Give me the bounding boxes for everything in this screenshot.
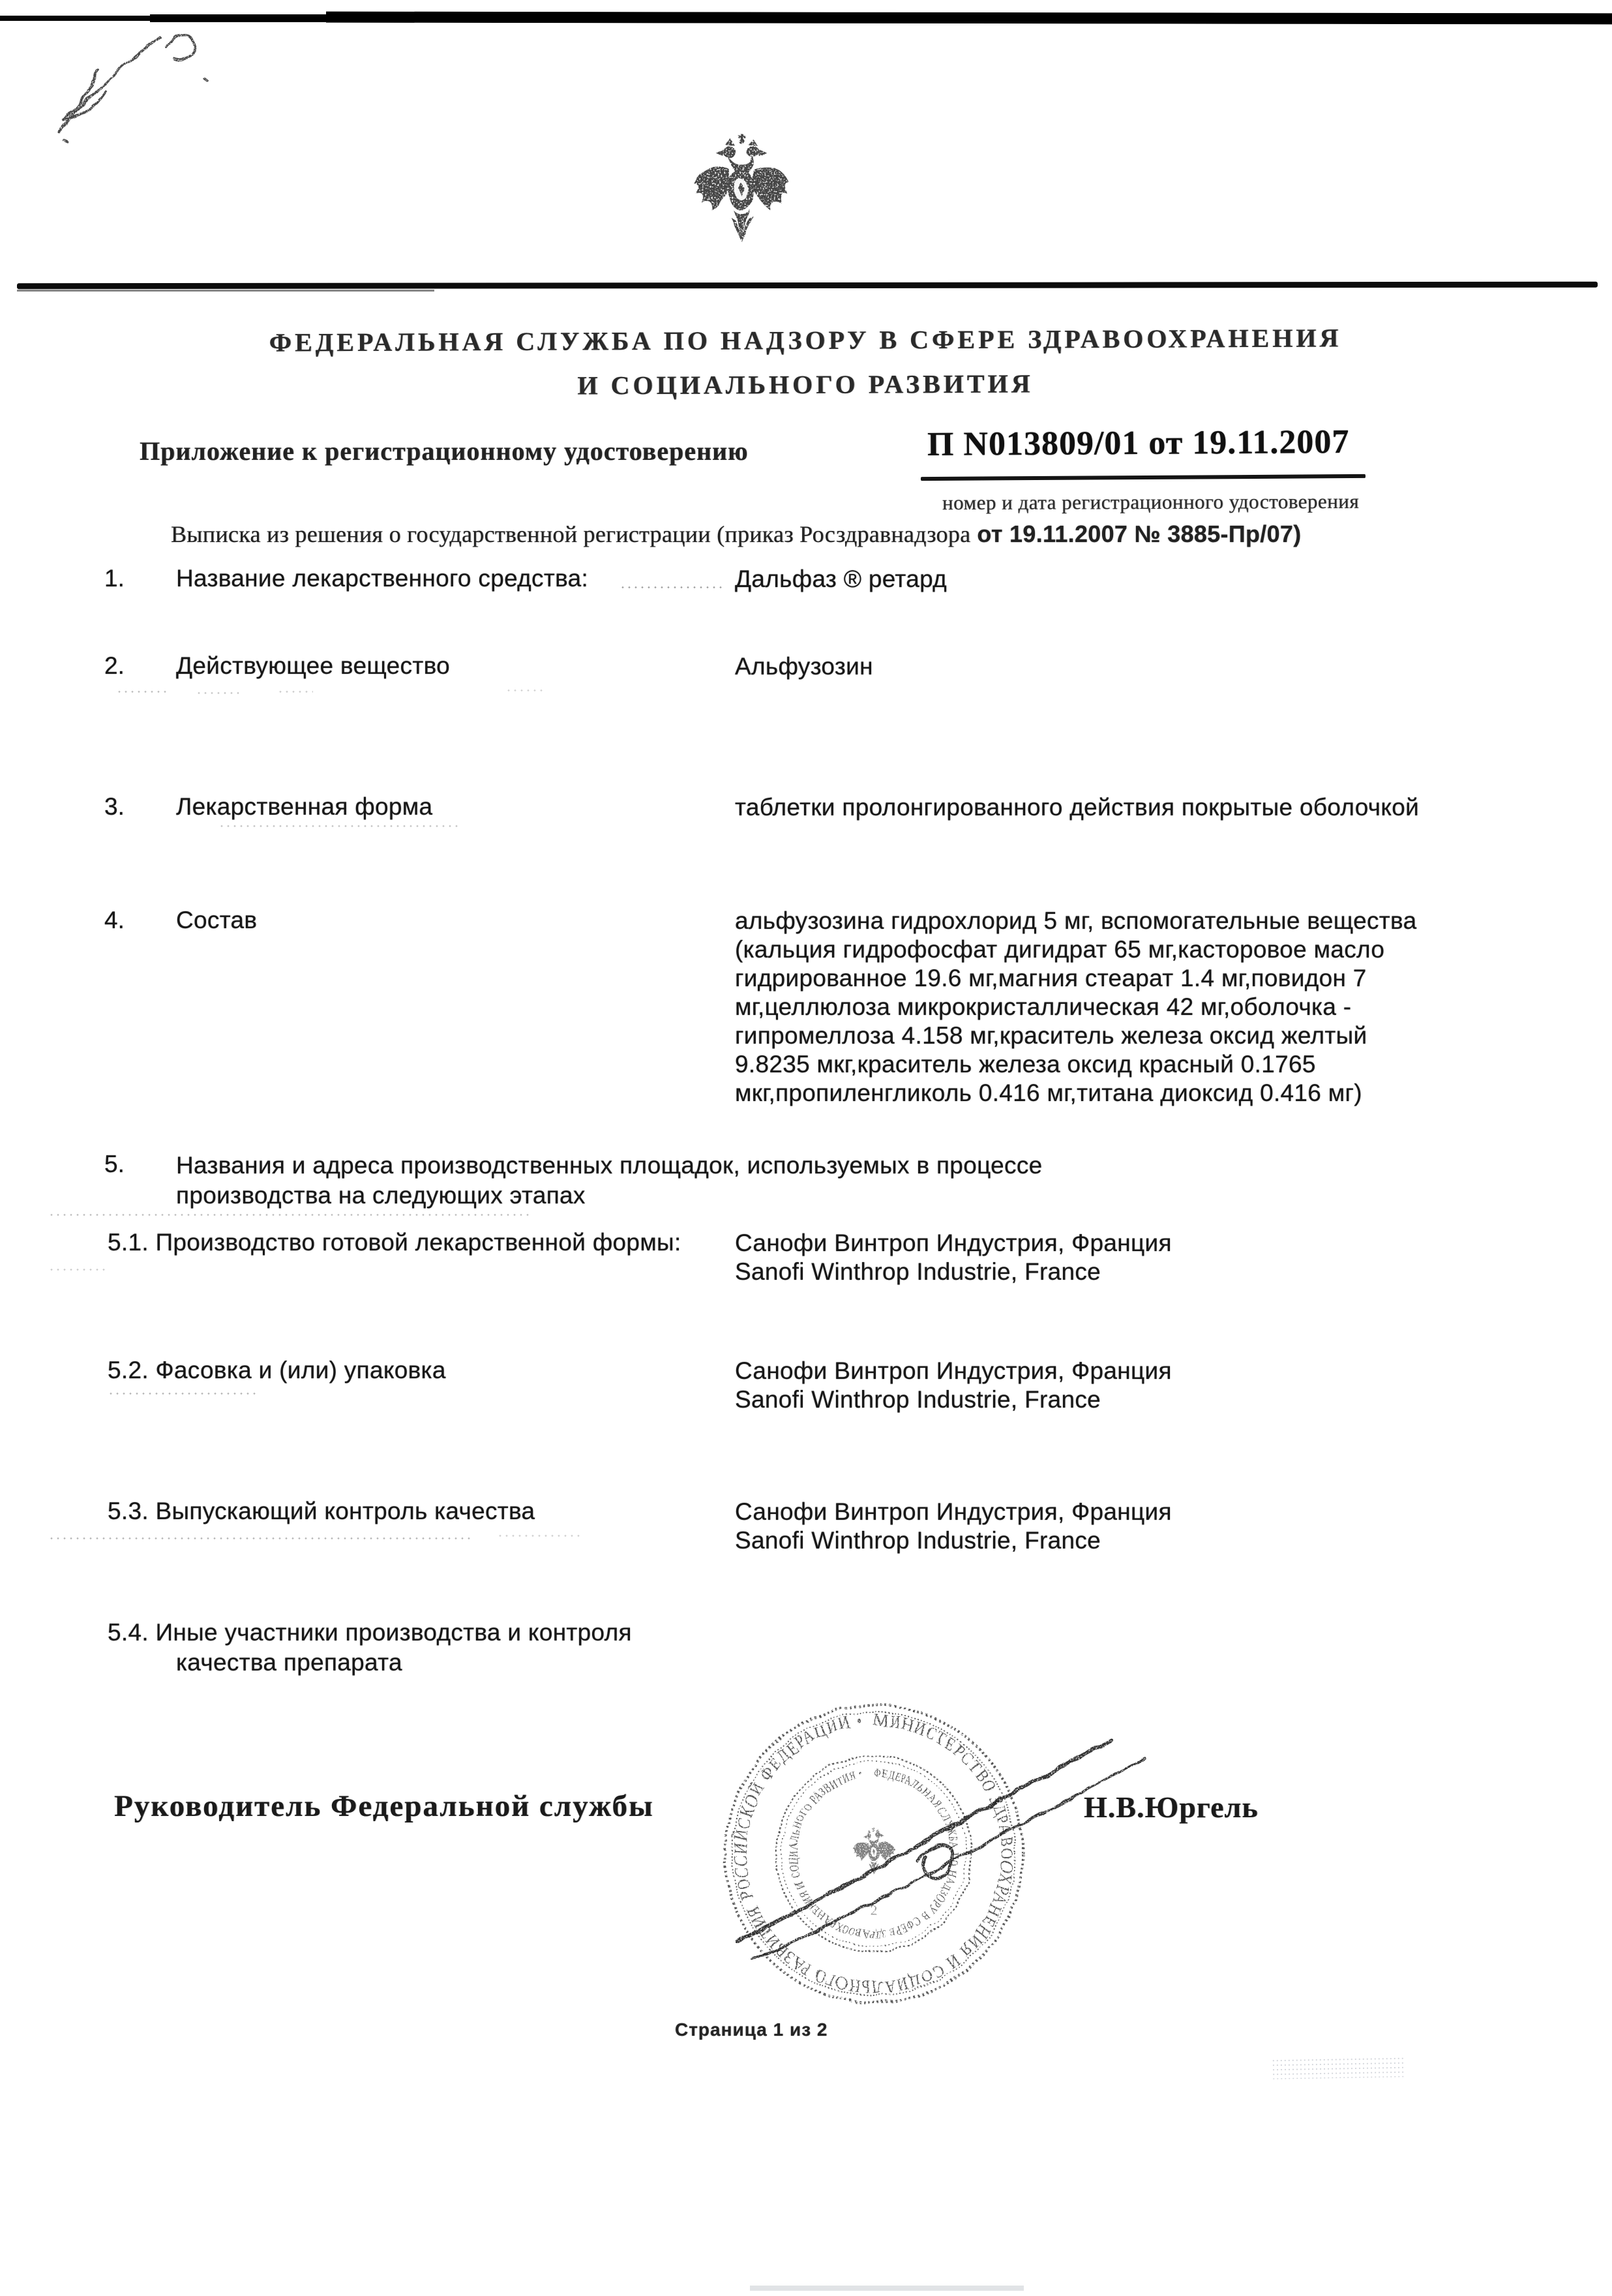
dotted-underline bbox=[48, 1213, 531, 1216]
registration-number-caption: номер и дата регистрационного удостовере… bbox=[942, 490, 1359, 515]
scanned-document-page: ФЕДЕРАЛЬНАЯ СЛУЖБА ПО НАДЗОРУ В СФЕРЕ ЗД… bbox=[0, 0, 1612, 2296]
scan-dash-artifact bbox=[505, 689, 545, 692]
handwritten-scribble bbox=[20, 8, 306, 151]
item-number: 5. bbox=[104, 1151, 125, 1178]
page-number-label: Страница 1 из 2 bbox=[675, 2019, 828, 2040]
agency-name-line1: ФЕДЕРАЛЬНАЯ СЛУЖБА ПО НАДЗОРУ В СФЕРЕ ЗД… bbox=[39, 322, 1572, 359]
item-number: 1. bbox=[104, 565, 125, 592]
dotted-leader bbox=[218, 824, 460, 828]
dotted-underline bbox=[108, 1392, 258, 1395]
signatory-title: Руководитель Федеральной службы bbox=[114, 1789, 654, 1824]
registration-number: П N013809/01 от 19.11.2007 bbox=[927, 423, 1350, 464]
appendix-label: Приложение к регистрационному удостовере… bbox=[140, 436, 749, 466]
dotted-underline bbox=[48, 1537, 472, 1540]
item-label: Лекарственная форма bbox=[176, 793, 432, 821]
item-number: 3. bbox=[104, 793, 125, 821]
scan-dash-artifact bbox=[196, 691, 241, 695]
sub-item-label-line1: 5.4. Иные участники производства и контр… bbox=[108, 1619, 632, 1646]
item-label: Состав bbox=[176, 907, 257, 934]
agency-name-line2: И СОЦИАЛЬНОГО РАЗВИТИЯ bbox=[39, 366, 1572, 403]
sub-item-value: Санофи Винтроп Индустрия, Франция Sanofi… bbox=[735, 1498, 1172, 1555]
scan-bottom-smudge bbox=[750, 2286, 1024, 2291]
item-value: Дальфаз ® ретард bbox=[735, 565, 947, 594]
item-label: Действующее вещество bbox=[176, 652, 450, 680]
item-label: Названия и адреса производственных площа… bbox=[176, 1151, 1043, 1211]
sub-item-value: Санофи Винтроп Индустрия, Франция Sanofi… bbox=[735, 1229, 1172, 1286]
faint-stamp-remnant bbox=[1272, 2056, 1406, 2079]
extract-order-ref: от 19.11.2007 № 3885-Пр/07) bbox=[977, 521, 1301, 547]
registration-number-underline bbox=[921, 474, 1366, 481]
scan-dash-artifact bbox=[277, 690, 313, 693]
sub-item-label-line2: качества препарата bbox=[176, 1649, 402, 1676]
sub-item-label: 5.2. Фасовка и (или) упаковка bbox=[108, 1357, 446, 1384]
scan-dash-artifact bbox=[116, 690, 168, 693]
sub-item-label: 5.3. Выпускающий контроль качества bbox=[108, 1498, 535, 1525]
scan-dash-artifact bbox=[48, 1268, 107, 1271]
item-number: 2. bbox=[104, 652, 125, 680]
extract-line: Выписка из решения о государственной рег… bbox=[171, 521, 1302, 548]
header-rule bbox=[17, 282, 1598, 290]
item-label: Название лекарственного средства: bbox=[176, 565, 588, 592]
item-number: 4. bbox=[104, 907, 125, 934]
extract-text: Выписка из решения о государственной рег… bbox=[171, 521, 970, 547]
pen-signature bbox=[689, 1667, 1184, 2032]
coat-of-arms-eagle-icon bbox=[690, 124, 793, 254]
scan-edge-line-thick bbox=[326, 12, 1612, 25]
sub-item-label: 5.1. Производство готовой лекарственной … bbox=[108, 1229, 681, 1256]
item-value: Альфузозин bbox=[735, 652, 873, 681]
dotted-leader bbox=[619, 586, 724, 589]
item-value-composition: альфузозина гидрохлорид 5 мг, вспомогате… bbox=[735, 907, 1416, 1108]
sub-item-value: Санофи Винтроп Индустрия, Франция Sanofi… bbox=[735, 1357, 1172, 1414]
scan-dash-artifact bbox=[497, 1534, 582, 1537]
header-rule-echo bbox=[17, 290, 434, 292]
item-value: таблетки пролонгированного действия покр… bbox=[735, 793, 1419, 822]
